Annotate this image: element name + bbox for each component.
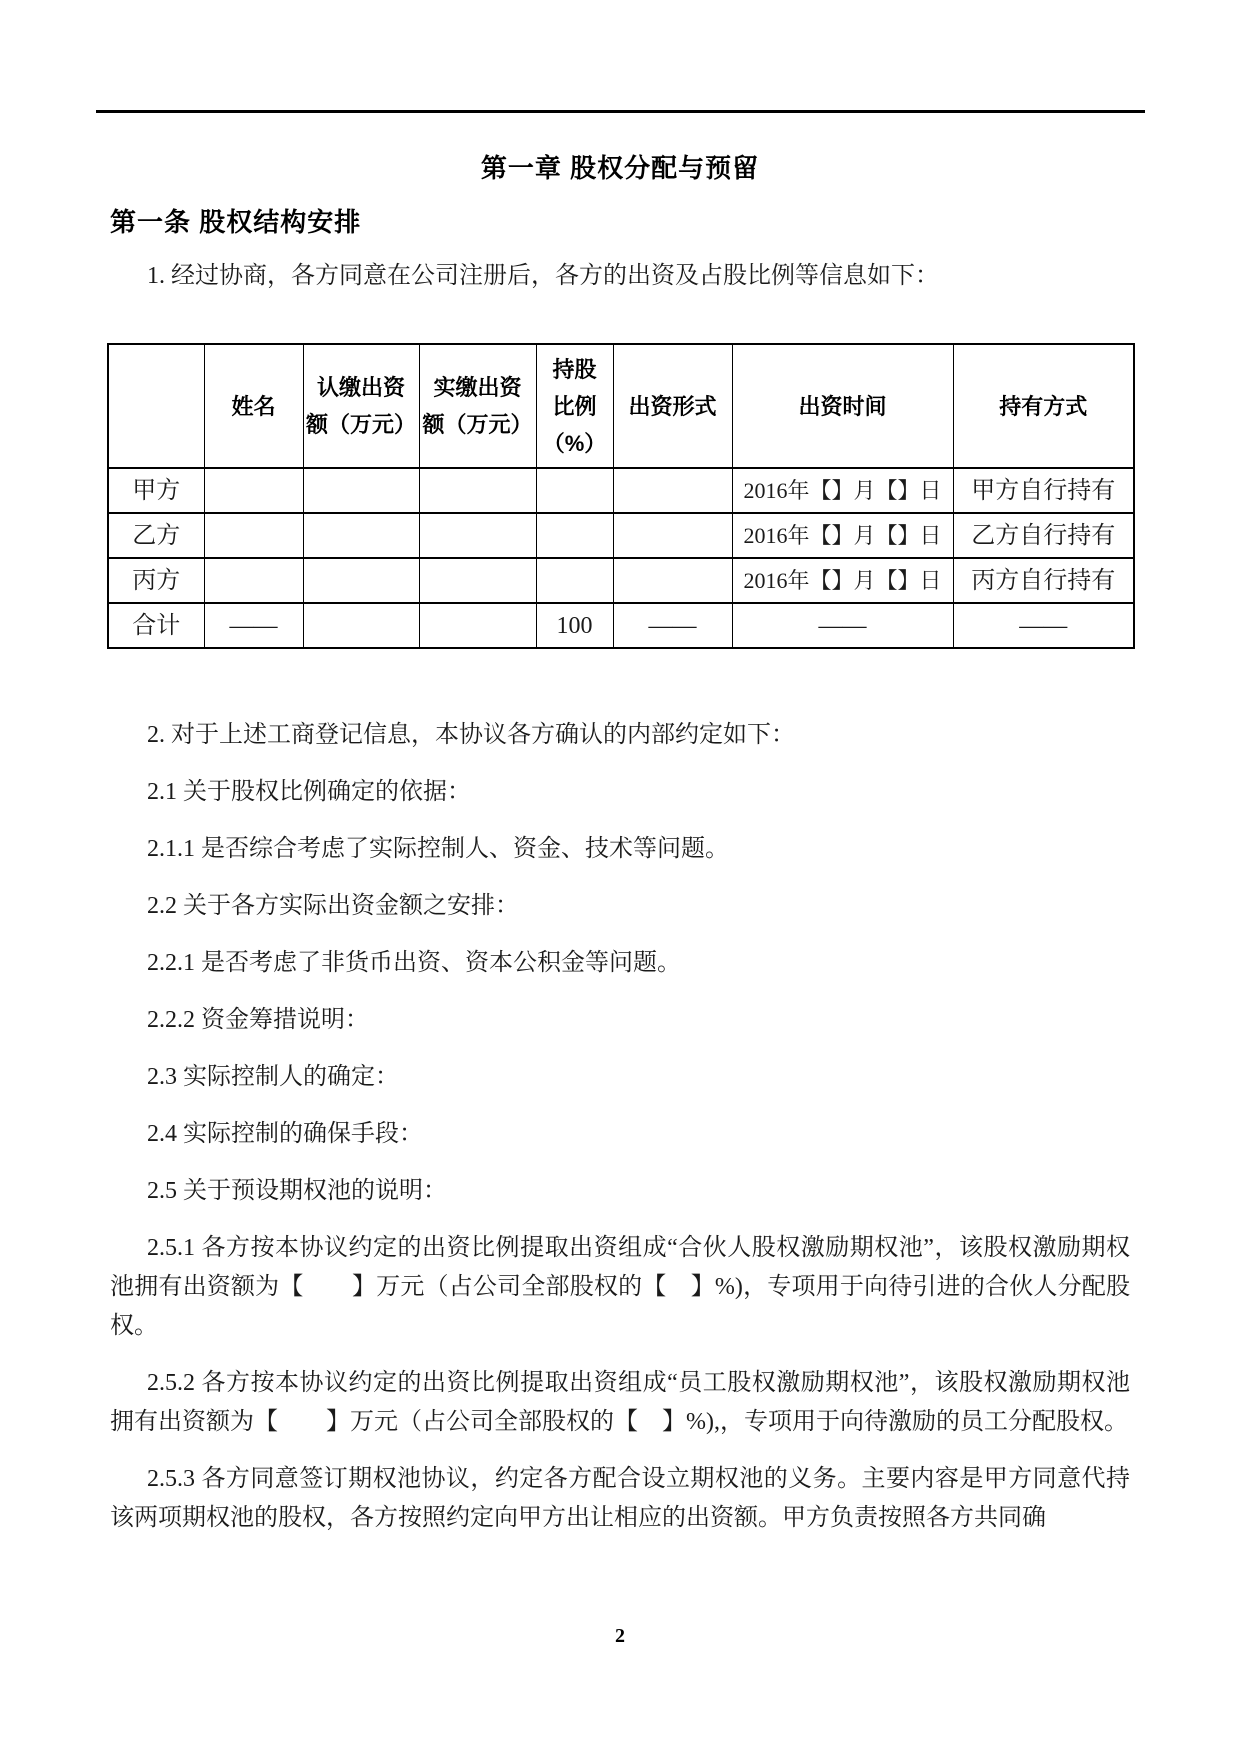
cell-name <box>204 558 303 603</box>
cell-form <box>613 513 732 558</box>
cell-holding: —— <box>953 603 1134 648</box>
intro-paragraph: 1. 经过协商，各方同意在公司注册后，各方的出资及占股比例等信息如下： <box>110 257 1130 296</box>
header-cell-holding-method: 持有方式 <box>953 344 1134 468</box>
cell-time: 2016年【】月【】日 <box>732 513 953 558</box>
clause-2-5: 2.5 关于预设期权池的说明： <box>110 1172 1130 1211</box>
cell-subscribed <box>303 558 419 603</box>
table-header-row: 姓名 认缴出资 额（万元） 实缴出资 额（万元） 持股 比例 （%） 出资形式 … <box>108 344 1134 468</box>
clause-2-2-2: 2.2.2 资金筹措说明： <box>110 1001 1130 1040</box>
cell-name <box>204 468 303 513</box>
cell-subscribed <box>303 513 419 558</box>
document-page: 第一章 股权分配与预留 第一条 股权结构安排 1. 经过协商，各方同意在公司注册… <box>0 0 1240 1754</box>
cell-paidin <box>419 513 536 558</box>
cell-subscribed <box>303 603 419 648</box>
cell-ratio <box>536 513 613 558</box>
cell-holding: 甲方自行持有 <box>953 468 1134 513</box>
clause-2-5-3: 2.5.3 各方同意签订期权池协议，约定各方配合设立期权池的义务。主要内容是甲方… <box>110 1460 1130 1538</box>
header-cell-share-ratio: 持股 比例 （%） <box>536 344 613 468</box>
chapter-title: 第一章 股权分配与预留 <box>110 0 1130 185</box>
cell-paidin <box>419 558 536 603</box>
cell-ratio <box>536 558 613 603</box>
cell-form <box>613 558 732 603</box>
cell-time: 2016年【】月【】日 <box>732 558 953 603</box>
cell-name <box>204 513 303 558</box>
cell-form <box>613 468 732 513</box>
clause-2-5-1: 2.5.1 各方按本协议约定的出资比例提取出资组成“合伙人股权激励期权池”，该股… <box>110 1229 1130 1346</box>
clause-2-2: 2.2 关于各方实际出资金额之安排： <box>110 887 1130 926</box>
cell-form: —— <box>613 603 732 648</box>
cell-ratio: 100 <box>536 603 613 648</box>
cell-paidin <box>419 603 536 648</box>
header-divider-line <box>96 110 1145 113</box>
cell-paidin <box>419 468 536 513</box>
cell-ratio <box>536 468 613 513</box>
clause-2: 2. 对于上述工商登记信息，本协议各方确认的内部约定如下： <box>110 716 1130 755</box>
cell-holding: 乙方自行持有 <box>953 513 1134 558</box>
clause-2-1: 2.1 关于股权比例确定的依据： <box>110 773 1130 812</box>
cell-holding: 丙方自行持有 <box>953 558 1134 603</box>
header-cell-blank <box>108 344 204 468</box>
row-label: 合计 <box>108 603 204 648</box>
cell-subscribed <box>303 468 419 513</box>
clause-2-3: 2.3 实际控制人的确定： <box>110 1058 1130 1097</box>
table-row-total: 合计 —— 100 —— —— —— <box>108 603 1134 648</box>
cell-name: —— <box>204 603 303 648</box>
cell-time: 2016年【】月【】日 <box>732 468 953 513</box>
cell-time: —— <box>732 603 953 648</box>
table-row-party-b: 乙方 2016年【】月【】日 乙方自行持有 <box>108 513 1134 558</box>
clause-2-1-1: 2.1.1 是否综合考虑了实际控制人、资金、技术等问题。 <box>110 830 1130 869</box>
table-row-party-c: 丙方 2016年【】月【】日 丙方自行持有 <box>108 558 1134 603</box>
section-title: 第一条 股权结构安排 <box>110 205 1130 239</box>
clause-2-4: 2.4 实际控制的确保手段： <box>110 1115 1130 1154</box>
header-cell-name: 姓名 <box>204 344 303 468</box>
equity-structure-table: 姓名 认缴出资 额（万元） 实缴出资 额（万元） 持股 比例 （%） 出资形式 … <box>107 343 1135 649</box>
page-number: 2 <box>0 1625 1240 1648</box>
table-row-party-a: 甲方 2016年【】月【】日 甲方自行持有 <box>108 468 1134 513</box>
header-cell-contribution-time: 出资时间 <box>732 344 953 468</box>
header-cell-paidin-capital: 实缴出资 额（万元） <box>419 344 536 468</box>
clause-2-2-1: 2.2.1 是否考虑了非货币出资、资本公积金等问题。 <box>110 944 1130 983</box>
header-cell-subscribed-capital: 认缴出资 额（万元） <box>303 344 419 468</box>
row-label: 甲方 <box>108 468 204 513</box>
header-cell-contribution-form: 出资形式 <box>613 344 732 468</box>
row-label: 丙方 <box>108 558 204 603</box>
clause-2-5-2: 2.5.2 各方按本协议约定的出资比例提取出资组成“员工股权激励期权池”，该股权… <box>110 1364 1130 1442</box>
row-label: 乙方 <box>108 513 204 558</box>
